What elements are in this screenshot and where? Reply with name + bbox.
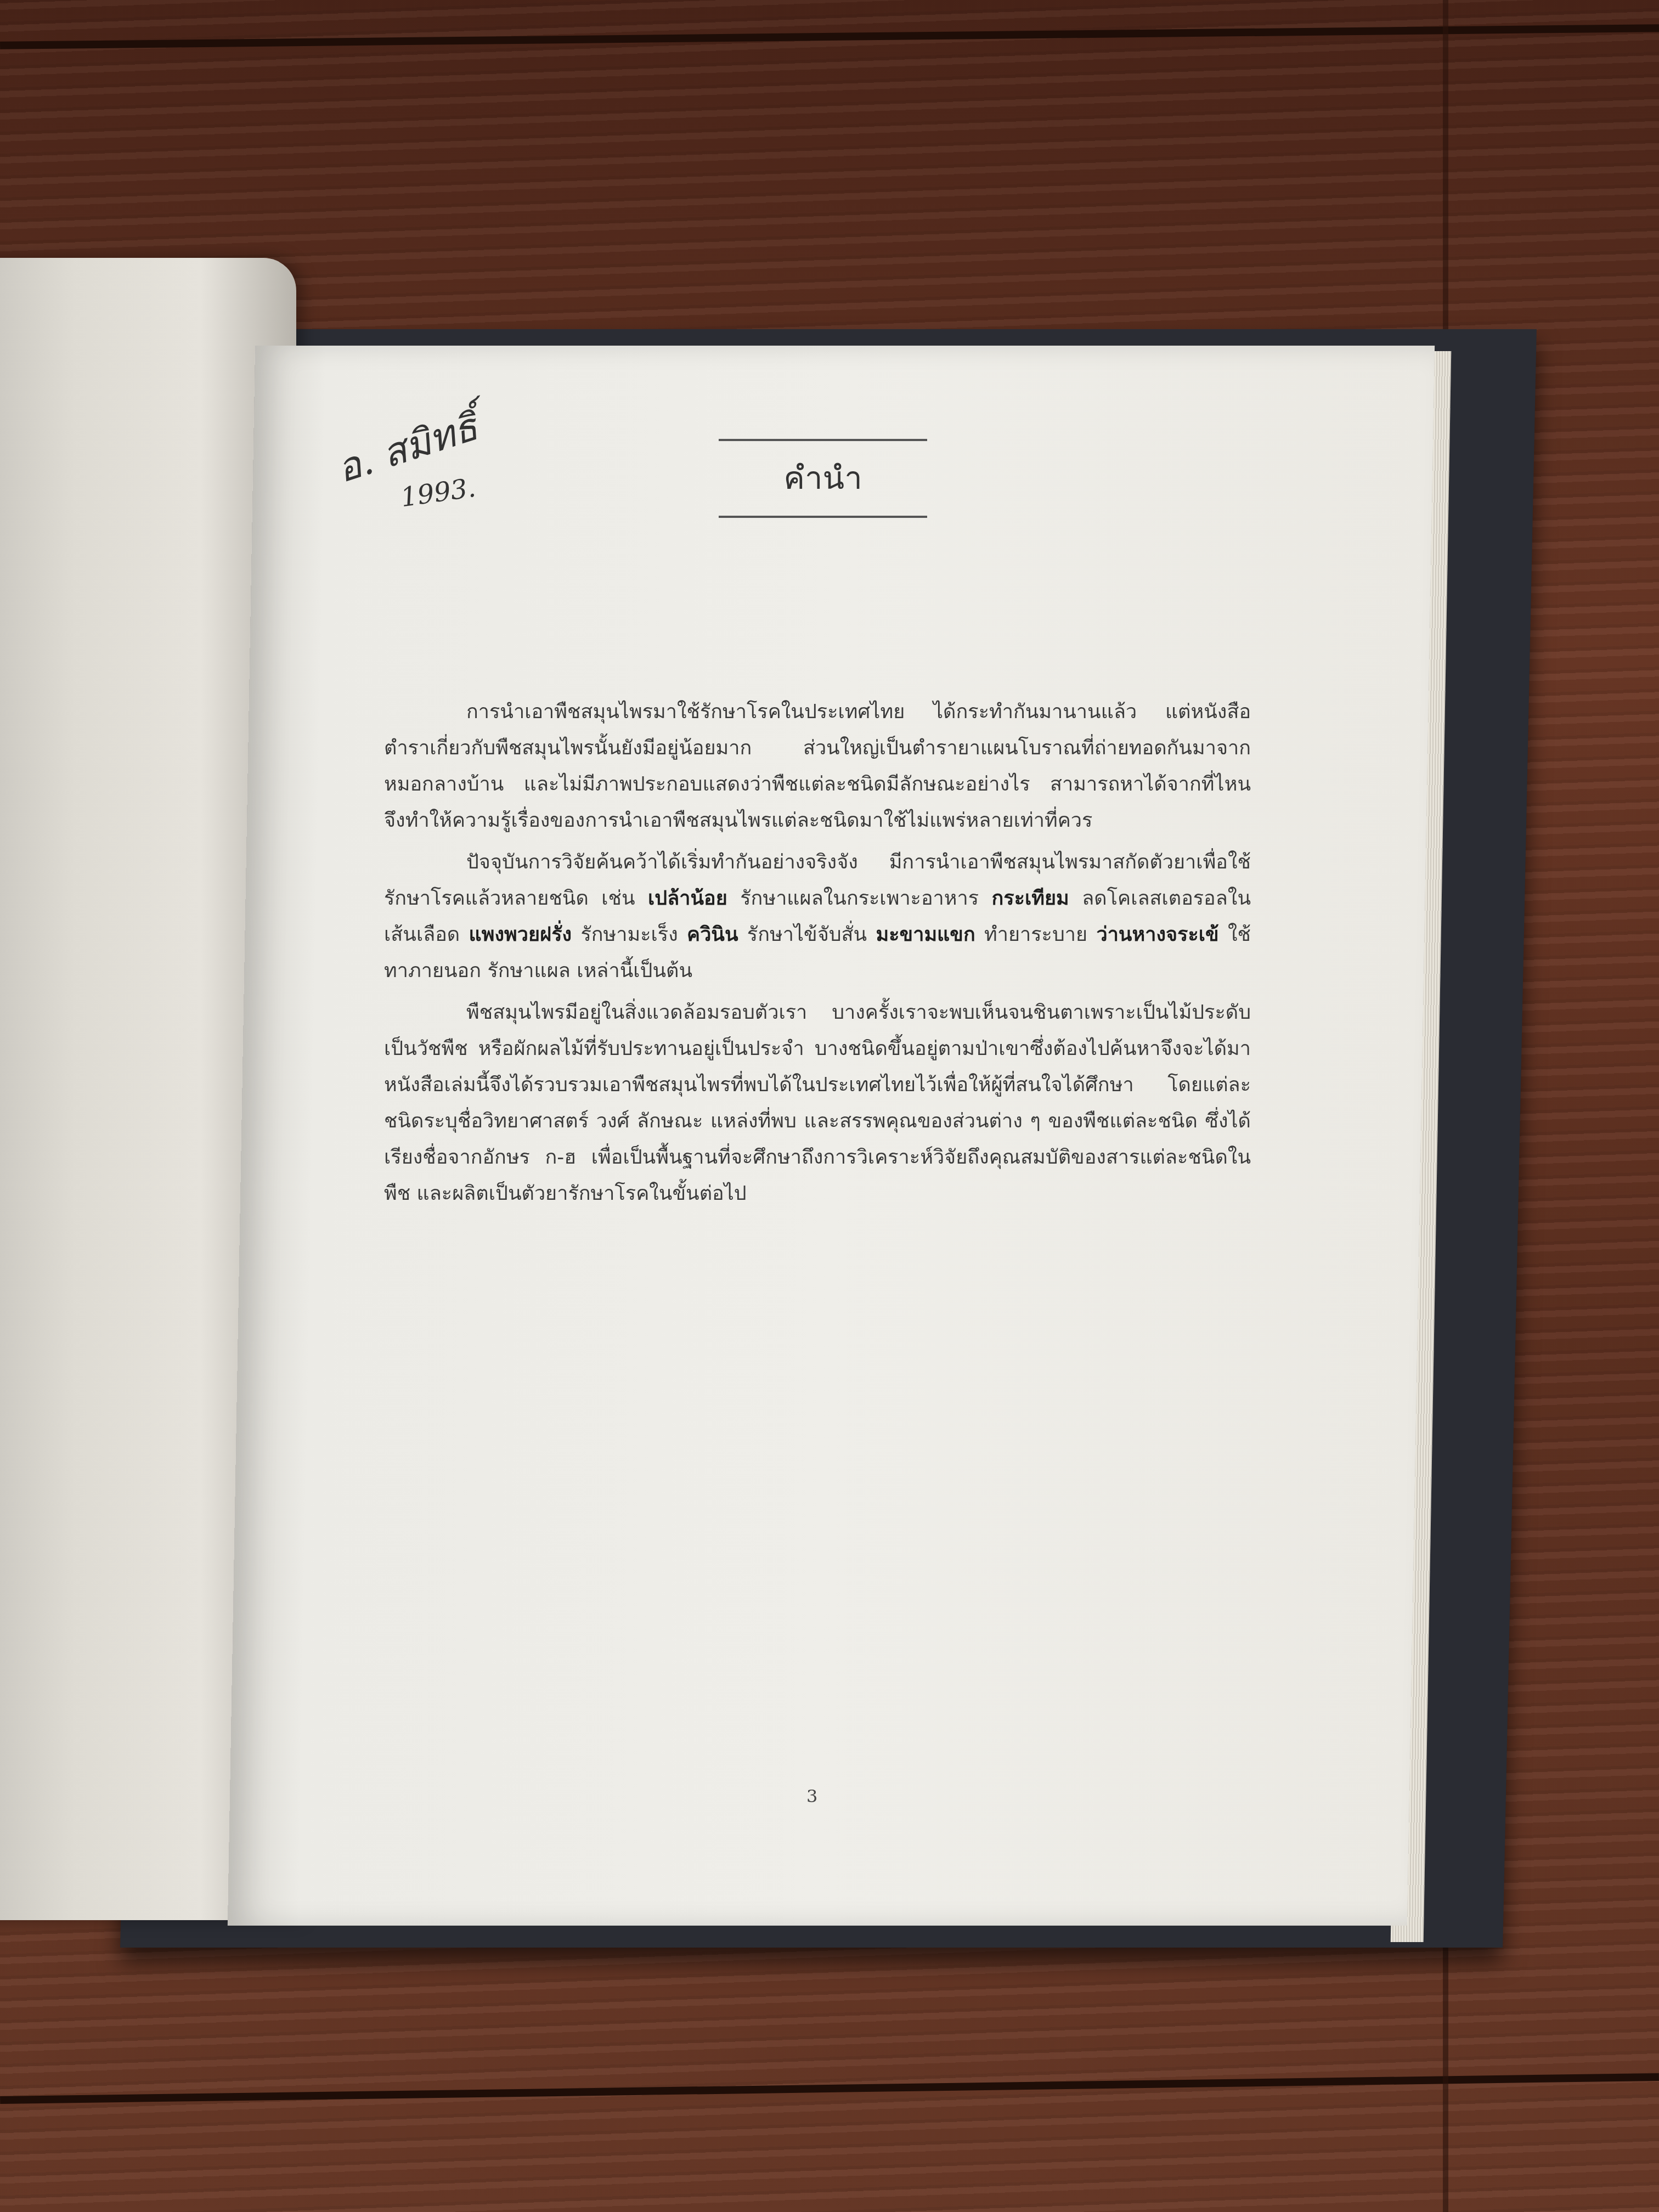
- preface-body: การนำเอาพืชสมุนไพรมาใช้รักษาโรคในประเทศไ…: [384, 694, 1251, 1217]
- paragraph: การนำเอาพืชสมุนไพรมาใช้รักษาโรคในประเทศไ…: [384, 694, 1251, 839]
- plank-gap: [0, 2073, 1659, 2104]
- paragraph-text: รักษาแผลในกระเพาะอาหาร: [727, 887, 992, 910]
- title-rule-bottom: [719, 516, 927, 518]
- herb-name: แพงพวยฝรั่ง: [469, 923, 572, 946]
- paragraph-text: รักษามะเร็ง: [572, 923, 687, 946]
- herb-name: ว่านหางจระเข้: [1096, 923, 1218, 946]
- handwritten-signature: อ. สมิทธิ์ 1993.: [335, 406, 510, 516]
- paragraph-text: ทำยาระบาย: [975, 923, 1097, 946]
- signature-year: 1993.: [399, 472, 478, 513]
- paragraph: พืชสมุนไพรมีอยู่ในสิ่งแวดล้อมรอบตัวเรา บ…: [384, 995, 1251, 1212]
- page-number: 3: [806, 1786, 817, 1807]
- herb-name: มะขามแขก: [876, 923, 975, 946]
- paragraph-text: พืชสมุนไพรมีอยู่ในสิ่งแวดล้อมรอบตัวเรา บ…: [384, 1001, 1251, 1205]
- plank-gap: [0, 24, 1659, 49]
- herb-name: กระเทียม: [992, 887, 1069, 910]
- page-title: คำนำ: [719, 441, 927, 516]
- title-block: คำนำ: [719, 439, 927, 532]
- paragraph: ปัจจุบันการวิจัยค้นคว้าได้เริ่มทำกันอย่า…: [384, 844, 1251, 989]
- herb-name: ควินิน: [687, 923, 738, 946]
- paragraph-text: รักษาไข้จับสั่น: [738, 923, 876, 946]
- herb-name: เปล้าน้อย: [648, 887, 727, 910]
- paragraph-text: การนำเอาพืชสมุนไพรมาใช้รักษาโรคในประเทศไ…: [384, 701, 1251, 832]
